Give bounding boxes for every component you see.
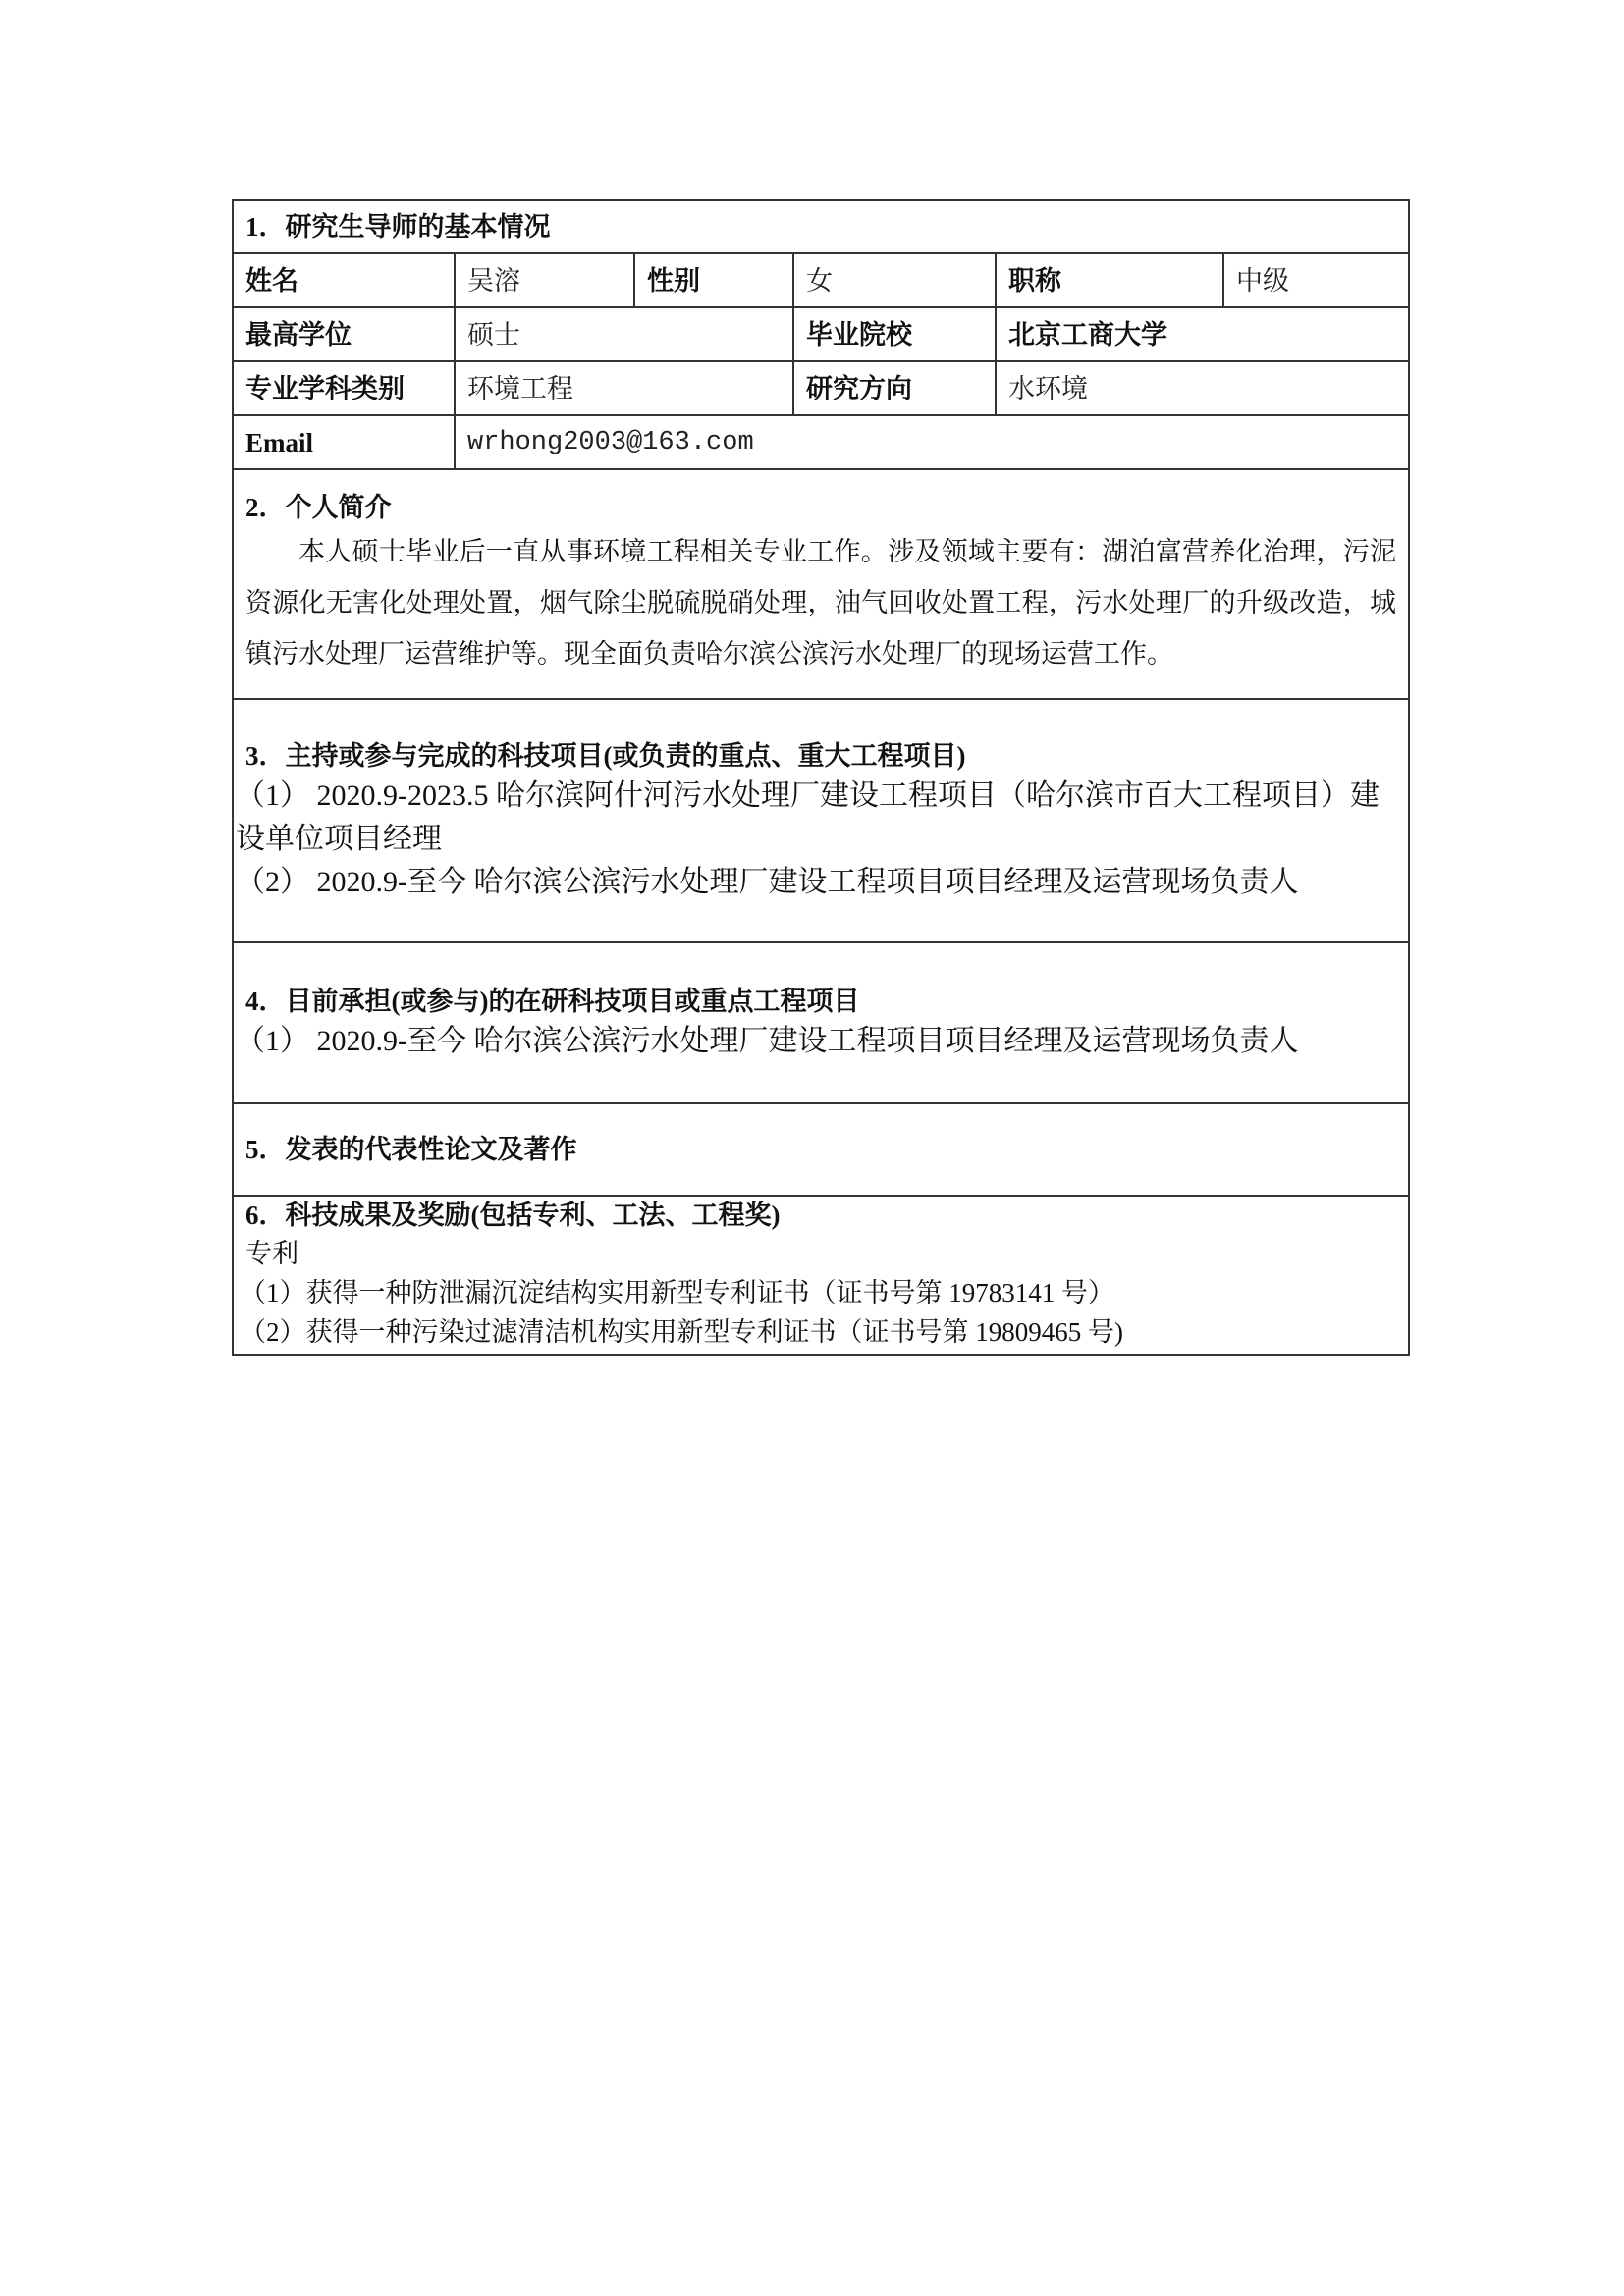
section3-title: 3．主持或参与完成的科技项目(或负责的重点、重大工程项目) (245, 737, 1396, 774)
basic-info-row-2: 最高学位 硕士 毕业院校 北京工商大学 (233, 307, 1409, 361)
discipline-label: 专业学科类别 (233, 361, 455, 415)
basic-info-row-4: Email wrhong2003@163.com (233, 415, 1409, 469)
section2-title: 2．个人简介 (245, 489, 1396, 526)
basic-info-row-3: 专业学科类别 环境工程 研究方向 水环境 (233, 361, 1409, 415)
email-label: Email (233, 415, 455, 469)
advisor-info-form: 1．研究生导师的基本情况 姓名 吴溶 性别 女 职称 中级 最高学位 硕士 毕业… (232, 199, 1408, 1356)
personal-profile-cell: 2．个人简介 本人硕士毕业后一直从事环境工程相关专业工作。涉及领域主要有：湖泊富… (233, 469, 1409, 699)
achievements-cell: 6．科技成果及奖励(包括专利、工法、工程奖) 专利 （1）获得一种防泄漏沉淀结构… (233, 1196, 1409, 1355)
title-rank-value: 中级 (1223, 253, 1409, 307)
name-value: 吴溶 (455, 253, 634, 307)
degree-value: 硕士 (455, 307, 793, 361)
ongoing-projects-cell: 4．目前承担(或参与)的在研科技项目或重点工程项目 （1） 2020.9-至今 … (233, 942, 1409, 1103)
research-direction-value: 水环境 (996, 361, 1409, 415)
gender-label: 性别 (634, 253, 793, 307)
email-value: wrhong2003@163.com (455, 415, 1409, 469)
ongoing-project-item: （1） 2020.9-至今 哈尔滨公滨污水处理厂建设工程项目项目经理及运营现场负… (236, 1020, 1396, 1063)
patent-item: （1）获得一种防泄漏沉淀结构实用新型专利证书（证书号第 19783141 号） (240, 1273, 1396, 1312)
advisor-info-table: 1．研究生导师的基本情况 姓名 吴溶 性别 女 职称 中级 最高学位 硕士 毕业… (232, 199, 1410, 1356)
section5-row: 5．发表的代表性论文及著作 (233, 1103, 1409, 1196)
school-label: 毕业院校 (793, 307, 996, 361)
section3-row: 3．主持或参与完成的科技项目(或负责的重点、重大工程项目) （1） 2020.9… (233, 699, 1409, 942)
title-rank-label: 职称 (996, 253, 1223, 307)
completed-project-item: （2） 2020.9-至今 哈尔滨公滨污水处理厂建设工程项目项目经理及运营现场负… (236, 861, 1396, 904)
section6-title: 6．科技成果及奖励(包括专利、工法、工程奖) (245, 1197, 1396, 1234)
section1-header-row: 1．研究生导师的基本情况 (233, 200, 1409, 253)
degree-label: 最高学位 (233, 307, 455, 361)
personal-profile-text: 本人硕士毕业后一直从事环境工程相关专业工作。涉及领域主要有：湖泊富营养化治理，污… (245, 526, 1396, 679)
completed-project-item: （1） 2020.9-2023.5 哈尔滨阿什河污水处理厂建设工程项目（哈尔滨市… (236, 774, 1396, 861)
section4-row: 4．目前承担(或参与)的在研科技项目或重点工程项目 （1） 2020.9-至今 … (233, 942, 1409, 1103)
section2-row: 2．个人简介 本人硕士毕业后一直从事环境工程相关专业工作。涉及领域主要有：湖泊富… (233, 469, 1409, 699)
gender-value: 女 (793, 253, 996, 307)
basic-info-row-1: 姓名 吴溶 性别 女 职称 中级 (233, 253, 1409, 307)
name-label: 姓名 (233, 253, 455, 307)
school-value: 北京工商大学 (996, 307, 1409, 361)
research-direction-label: 研究方向 (793, 361, 996, 415)
patent-item: （2）获得一种污染过滤清洁机构实用新型专利证书（证书号第 19809465 号) (240, 1312, 1396, 1352)
section6-row: 6．科技成果及奖励(包括专利、工法、工程奖) 专利 （1）获得一种防泄漏沉淀结构… (233, 1196, 1409, 1355)
publications-cell: 5．发表的代表性论文及著作 (233, 1103, 1409, 1196)
section1-title: 1．研究生导师的基本情况 (233, 200, 1409, 253)
completed-projects-cell: 3．主持或参与完成的科技项目(或负责的重点、重大工程项目) （1） 2020.9… (233, 699, 1409, 942)
patent-subheading: 专利 (245, 1234, 1396, 1273)
section5-title: 5．发表的代表性论文及著作 (245, 1131, 1396, 1168)
discipline-value: 环境工程 (455, 361, 793, 415)
section4-title: 4．目前承担(或参与)的在研科技项目或重点工程项目 (245, 983, 1396, 1020)
